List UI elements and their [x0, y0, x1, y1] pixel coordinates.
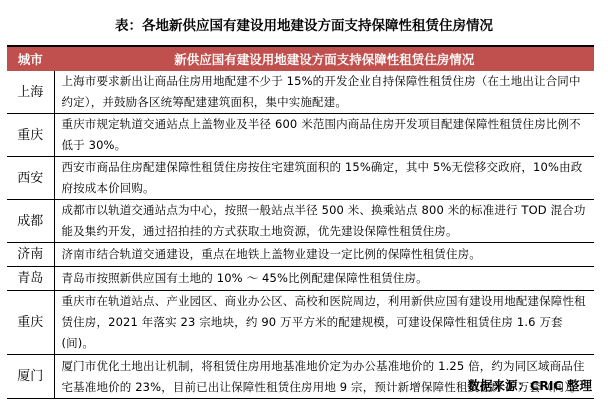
- policy-cell: 上海市要求新出让商品住房用地配建不少于 15%的开发企业自持保障性租赁住房（在土…: [54, 71, 594, 114]
- policy-cell: 济南市结合轨道交通建设，重点在地铁上盖物业建设一定比例的保障性租赁住房。: [54, 243, 594, 267]
- city-cell: 重庆: [7, 114, 54, 157]
- table-row: 成都成都市以轨道交通站点为中心，按照一般站点半径 500 米、换乘站点 800 …: [7, 200, 594, 243]
- city-cell: 重庆: [7, 291, 54, 355]
- policy-cell: 成都市以轨道交通站点为中心，按照一般站点半径 500 米、换乘站点 800 米的…: [54, 200, 594, 243]
- table-row: 重庆重庆市在轨道站点、产业园区、商业办公区、高校和医院周边，利用新供应国有建设用…: [7, 291, 594, 355]
- table-title: 表：各地新供应国有建设用地建设方面支持保障性租赁住房情况: [0, 14, 608, 34]
- policy-cell: 重庆市规定轨道交通站点上盖物业及半径 600 米范围内商品住房开发项目配建保障性…: [54, 114, 594, 157]
- table-row: 上海上海市要求新出让商品住房用地配建不少于 15%的开发企业自持保障性租赁住房（…: [7, 71, 594, 114]
- city-cell: 济南: [7, 243, 54, 267]
- city-cell: 青岛: [7, 267, 54, 291]
- table-row: 青岛青岛市按照新供应国有土地的 10% ～ 45%比例配建保障性租赁住房。: [7, 267, 594, 291]
- city-cell: 西安: [7, 157, 54, 200]
- policy-cell: 重庆市在轨道站点、产业园区、商业办公区、高校和医院周边，利用新供应国有建设用地配…: [54, 291, 594, 355]
- policy-cell: 西安市商品住房配建保障性租赁住房按住宅建筑面积的 15%确定，其中 5%无偿移交…: [54, 157, 594, 200]
- city-cell: 厦门: [7, 355, 54, 399]
- table-row: 西安西安市商品住房配建保障性租赁住房按住宅建筑面积的 15%确定，其中 5%无偿…: [7, 157, 594, 200]
- city-cell: 上海: [7, 71, 54, 114]
- data-source-note: 数据来源：CRIC 整理: [468, 376, 592, 394]
- table-row: 济南济南市结合轨道交通建设，重点在地铁上盖物业建设一定比例的保障性租赁住房。: [7, 243, 594, 267]
- policy-table: 城市 新供应国有建设用地建设方面支持保障性租赁住房情况 上海上海市要求新出让商品…: [7, 45, 594, 399]
- policy-cell: 青岛市按照新供应国有土地的 10% ～ 45%比例配建保障性租赁住房。: [54, 267, 594, 291]
- table-row: 重庆重庆市规定轨道交通站点上盖物业及半径 600 米范围内商品住房开发项目配建保…: [7, 114, 594, 157]
- city-cell: 成都: [7, 200, 54, 243]
- table-header-row: 城市 新供应国有建设用地建设方面支持保障性租赁住房情况: [7, 46, 594, 71]
- column-header-city: 城市: [7, 46, 54, 71]
- column-header-policy: 新供应国有建设用地建设方面支持保障性租赁住房情况: [54, 46, 594, 71]
- document-page: 表：各地新供应国有建设用地建设方面支持保障性租赁住房情况 城市 新供应国有建设用…: [0, 0, 608, 400]
